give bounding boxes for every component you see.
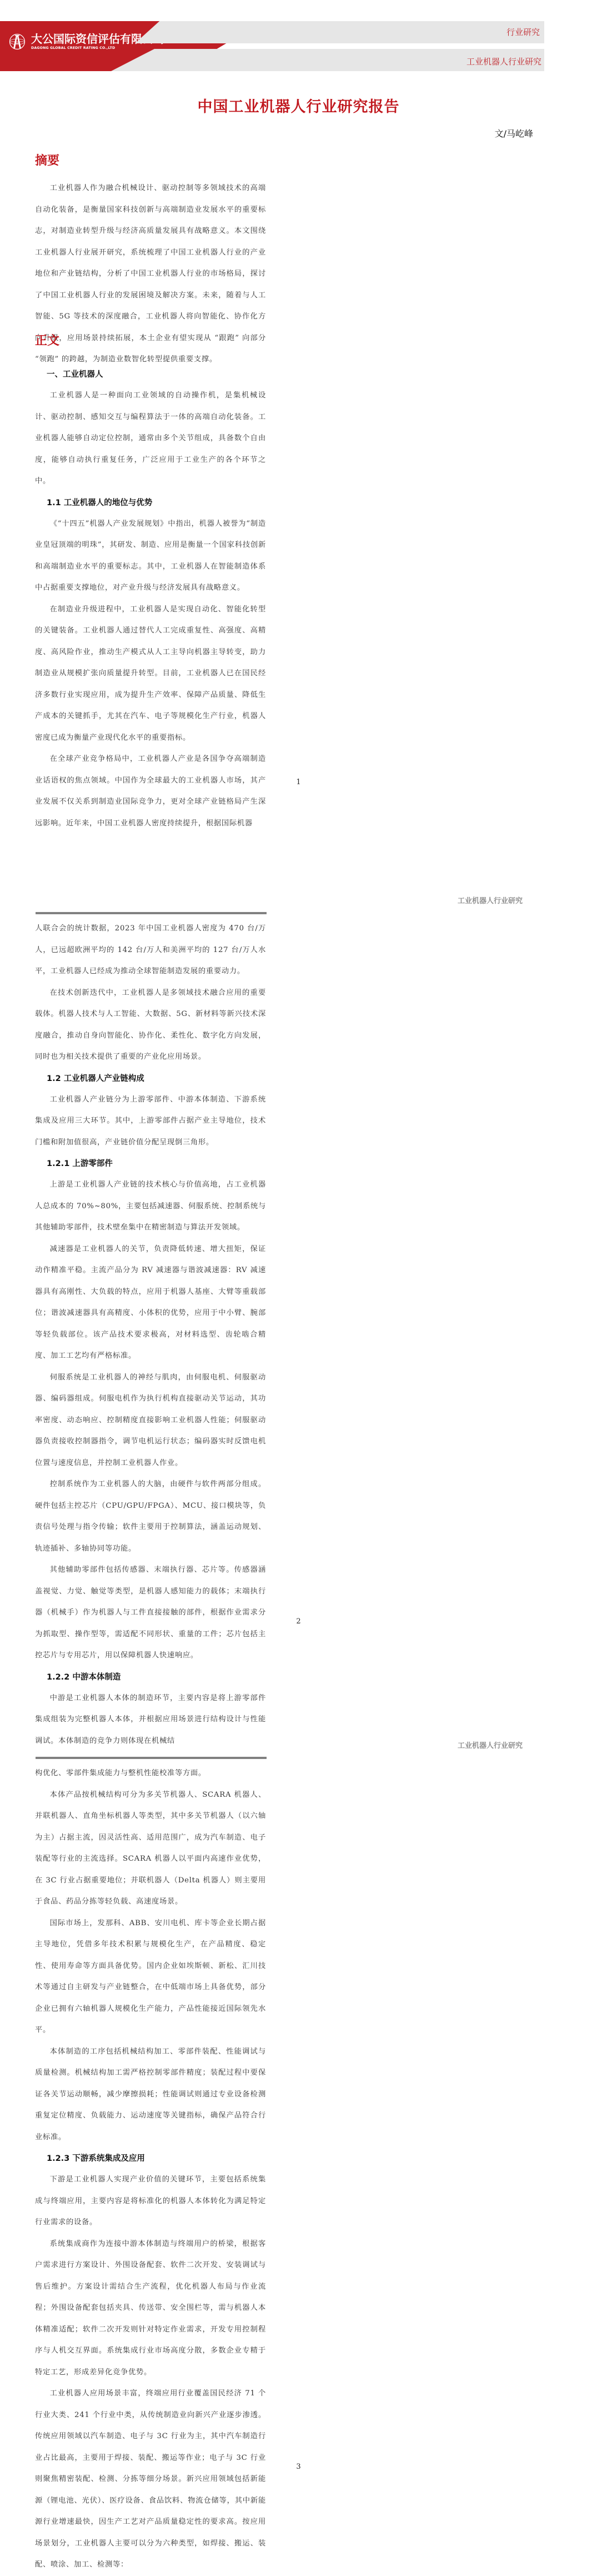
page-number: 2	[0, 1617, 597, 1626]
abstract-section: 工业机器人作为融合机械设计、驱动控制等多领域技术的高端自动化装备，是衡量国家科技…	[35, 178, 266, 371]
body-paragraph: 中游是工业机器人本体的制造环节，主要内容是将上游零部件集成组装为完整机器人本体，…	[35, 1688, 266, 1752]
body-paragraph: 本体产品按机械结构可分为多关节机器人、SCARA 机器人、并联机器人、直角坐标机…	[35, 1785, 266, 1913]
running-head: 工业机器人行业研究	[458, 1740, 523, 1750]
body-paragraph: 上游是工业机器人产业链的技术核心与价值高地，占工业机器人总成本的 70%~80%…	[35, 1174, 266, 1239]
body-paragraph: 工业机器人是一种面向工业领域的自动操作机，是集机械设计、驱动控制、感知交互与编程…	[35, 385, 266, 492]
body-paragraph: 在全球产业竞争格局中，工业机器人产业是各国争夺高端制造业话语权的焦点领域。中国作…	[35, 749, 266, 834]
subsection-heading: 1.2.3 下游系统集成及应用	[35, 2148, 266, 2169]
subsection-heading: 1.1 工业机器人的地位与优势	[35, 492, 266, 514]
body-paragraph: 工业机器人应用场景丰富，终端应用行业覆盖国民经济 71 个行业大类、241 个行…	[35, 2383, 266, 2576]
subsection-heading: 1.2.2 中游本体制造	[35, 1667, 266, 1688]
category-label: 行业研究	[506, 27, 540, 37]
body-paragraph: 国际市场上，发那科、ABB、安川电机、库卡等企业长期占据主导地位，凭借多年技术积…	[35, 1913, 266, 2041]
subcategory-label: 工业机器人行业研究	[466, 57, 541, 67]
page-2-content: 人联合会的统计数据，2023 年中国工业机器人密度为 470 台/万人，已远超欧…	[35, 918, 266, 1752]
page-1-content: 一、工业机器人工业机器人是一种面向工业领域的自动操作机，是集机械设计、驱动控制、…	[35, 364, 266, 834]
body-paragraph: 本体制造的工序包括机械结构加工、零部件装配、性能调试与质量检测。机械结构加工需严…	[35, 2041, 266, 2149]
header-rule	[36, 1757, 267, 1759]
page-3-content: 构优化、零部件集成能力与整机性能校准等方面。本体产品按机械结构可分为多关节机器人…	[35, 1763, 266, 2576]
header-rule	[36, 912, 267, 914]
page-number: 1	[0, 778, 597, 786]
dagong-logo-icon	[9, 33, 26, 50]
body-paragraph: 《“十四五”机器人产业发展规划》中指出，机器人被誉为“制造业皇冠顶端的明珠”，其…	[35, 514, 266, 599]
body-paragraph: 在制造业升级进程中，工业机器人是实现自动化、智能化转型的关键装备。工业机器人通过…	[35, 599, 266, 749]
abstract-heading: 摘要	[35, 151, 59, 168]
category-band: 行业研究	[135, 21, 544, 43]
document-title: 中国工业机器人行业研究报告	[0, 94, 597, 116]
running-head: 工业机器人行业研究	[458, 895, 523, 905]
body-paragraph: 减速器是工业机器人的关节，负责降低转速、增大扭矩，保证动作精准平稳。主流产品分为…	[35, 1239, 266, 1367]
company-name-en: DAGONG GLOBAL CREDIT RATING CO.,LTD	[31, 46, 164, 51]
subsection-heading: 1.2 工业机器人产业链构成	[35, 1068, 266, 1089]
subsection-heading: 1.2.1 上游零部件	[35, 1153, 266, 1174]
body-heading: 正文	[35, 331, 59, 348]
abstract-text: 工业机器人作为融合机械设计、驱动控制等多领域技术的高端自动化装备，是衡量国家科技…	[35, 178, 266, 371]
body-paragraph: 系统集成商作为连接中游本体制造与终端用户的桥梁，根据客户需求进行方案设计、外围设…	[35, 2234, 266, 2384]
body-paragraph: 控制系统作为工业机器人的大脑，由硬件与软件两部分组成。硬件包括主控芯片（CPU/…	[35, 1474, 266, 1559]
body-paragraph: 其他辅助零部件包括传感器、末端执行器、芯片等。传感器涵盖视觉、力觉、触觉等类型，…	[35, 1559, 266, 1667]
section-heading: 一、工业机器人	[35, 364, 266, 385]
body-paragraph: 工业机器人产业链分为上游零部件、中游本体制造、下游系统集成及应用三大环节。其中，…	[35, 1089, 266, 1154]
body-paragraph: 构优化、零部件集成能力与整机性能校准等方面。	[35, 1763, 266, 1785]
header-banner: 大公国际资信评估有限公司 DAGONG GLOBAL CREDIT RATING…	[0, 21, 544, 71]
body-paragraph: 下游是工业机器人实现产业价值的关键环节，主要包括系统集成与终端应用，主要内容是将…	[35, 2169, 266, 2234]
author-byline: 文/马屹峰	[495, 127, 533, 139]
subcategory-band: 工业机器人行业研究	[111, 49, 544, 71]
body-paragraph: 在技术创新迭代中，工业机器人是多领域技术融合应用的重要载体。机器人技术与人工智能…	[35, 983, 266, 1068]
body-paragraph: 伺服系统是工业机器人的神经与肌肉，由伺服电机、伺服驱动器、编码器组成。伺服电机作…	[35, 1367, 266, 1474]
body-paragraph: 人联合会的统计数据，2023 年中国工业机器人密度为 470 台/万人，已远超欧…	[35, 918, 266, 983]
page-number: 3	[0, 2463, 597, 2471]
